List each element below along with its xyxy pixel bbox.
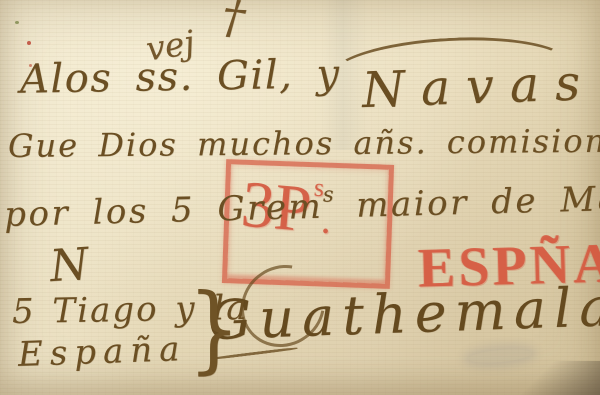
route-note-line-3: España [17,329,187,375]
address-line-2: Gue Dios muchos añs. comisionados [8,121,600,165]
address-line-3-post: maior de Madrid en [356,175,600,226]
corner-shadow [510,361,600,395]
addressee-name: Navas [361,54,597,119]
paper-speck [15,21,19,24]
pencil-smudge [468,347,533,365]
route-note-brace: } [188,275,240,384]
route-note-line-1: N [48,239,90,293]
destination-script: Guathemala [207,275,600,352]
address-line-1: Alos ss. Gil, y [20,51,341,103]
paper-speck [27,41,31,45]
cross-mark: † [219,0,248,45]
address-line-3-superscript: s [323,182,334,206]
address-line-3-pre: por los 5 Grem [4,187,324,235]
letter-cover-scan: 3Ps. ESPÑA † vej Alos ss. Gil, y Navas G… [0,0,600,395]
